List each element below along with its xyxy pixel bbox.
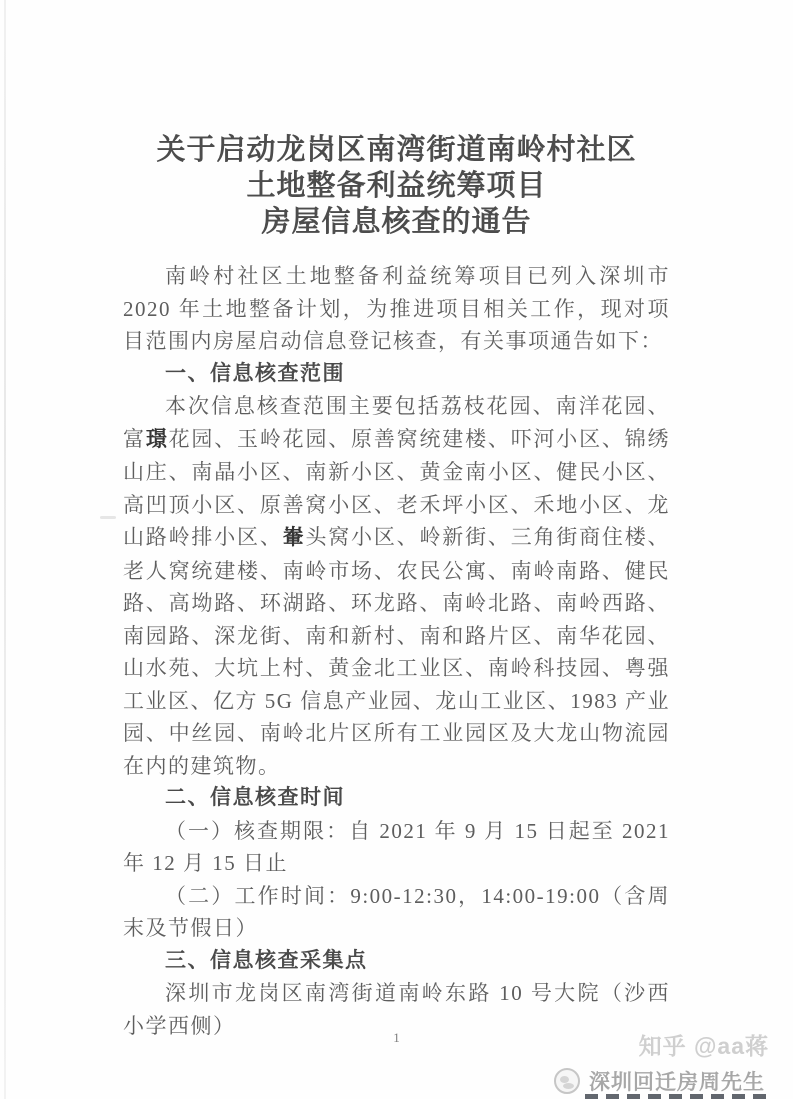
section2-heading: 二、信息核查时间 <box>123 782 670 815</box>
scope-segment-bold: 輋 <box>283 526 306 549</box>
notice-title-line-1: 关于启动龙岗区南湾街道南岭村社区 <box>100 132 693 168</box>
scanned-notice-page: 关于启动龙岗区南湾街道南岭村社区 土地整备利益统筹项目 房屋信息核查的通告 南岭… <box>0 0 793 1099</box>
intro-paragraph: 南岭村社区土地整备利益统筹项目已列入深圳市 2020 年土地整备计划，为推进项目… <box>123 260 670 358</box>
wechat-watermark-text: 深圳回迁房周先生 <box>589 1066 765 1096</box>
notice-title-line-3: 房屋信息核查的通告 <box>100 204 693 240</box>
scan-smudge-artifact <box>100 516 116 519</box>
work-hours-paragraph: （二）工作时间：9:00-12:30，14:00-19:00（含周末及节假日） <box>123 880 670 945</box>
notice-title-line-2: 土地整备利益统筹项目 <box>100 168 693 204</box>
scope-paragraph: 本次信息核查范围主要包括荔枝花园、南洋花园、富璟花园、玉岭花园、原善窝统建楼、吓… <box>123 390 670 782</box>
section1-heading: 一、信息核查范围 <box>123 358 670 391</box>
check-period-paragraph: （一）核查期限：自 2021 年 9 月 15 日起至 2021 年 12 月 … <box>123 815 670 880</box>
zhihu-watermark: 知乎 @aa蒋 <box>639 1028 769 1061</box>
profile-logo-icon <box>554 1068 580 1094</box>
cutoff-text-artifact <box>585 1094 770 1099</box>
scope-segment: 头窝小区、岭新街、三角街商住楼、老人窝统建楼、南岭市场、农民公寓、南岭南路、健民… <box>123 525 670 778</box>
scan-edge-artifact <box>4 0 6 1099</box>
wechat-watermark: 深圳回迁房周先生 <box>554 1066 765 1096</box>
section3-heading: 三、信息核查采集点 <box>123 945 670 978</box>
notice-body: 南岭村社区土地整备利益统筹项目已列入深圳市 2020 年土地整备计划，为推进项目… <box>123 260 670 1042</box>
notice-title: 关于启动龙岗区南湾街道南岭村社区 土地整备利益统筹项目 房屋信息核查的通告 <box>0 0 793 240</box>
scope-segment-bold: 璟 <box>146 428 169 451</box>
